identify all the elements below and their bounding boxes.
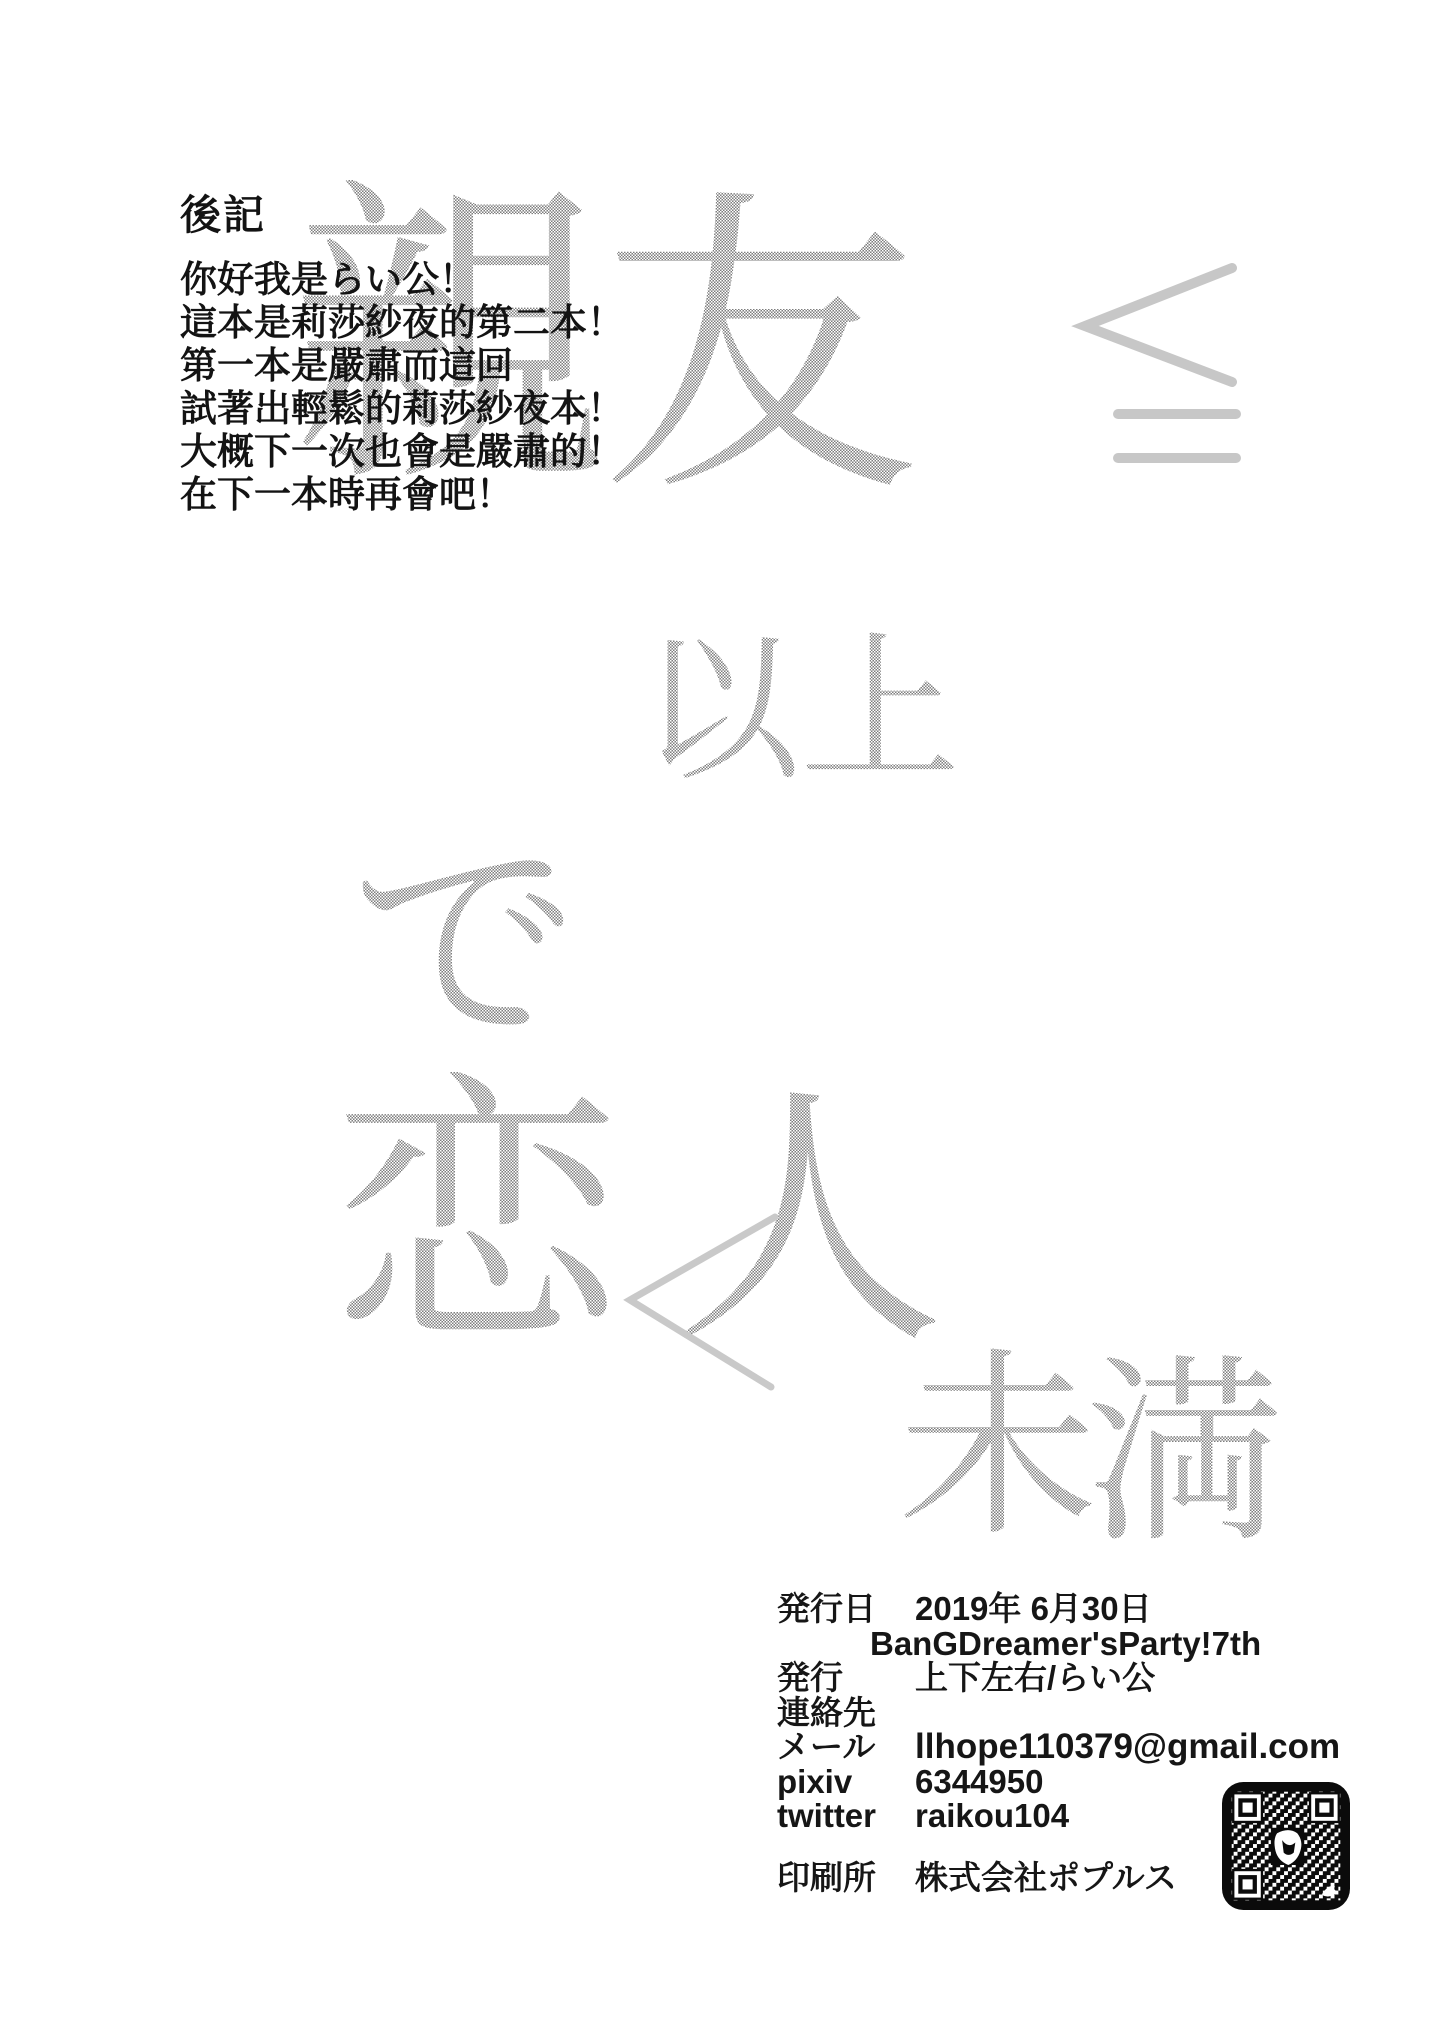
colophon-label: twitter [777, 1799, 915, 1834]
colophon-row-publish-date: 発行日 2019年 6月30日 [777, 1592, 1340, 1627]
afterword-line: 第一本是嚴肅而這回 [180, 344, 624, 387]
bg-char-hito: 人 [670, 1085, 945, 1360]
bg-char-man: 満 [1085, 1355, 1285, 1555]
afterword-line: 試著出輕鬆的莉莎紗夜本！ [180, 387, 624, 430]
colophon-email-value: llhope110379@gmail.com [915, 1730, 1340, 1765]
qr-finder-top-right [1309, 1792, 1340, 1823]
colophon-value: BanGDreamer'sParty!7th [870, 1627, 1261, 1662]
colophon-value: 2019年 6月30日 [915, 1592, 1152, 1627]
page-root: { "afterword": { "heading": "後記", "lines… [0, 0, 1440, 2037]
colophon-row-publisher: 発行 上下左右/らい公 [777, 1661, 1340, 1696]
colophon-value: 上下左右/らい公 [915, 1661, 1155, 1696]
leq-symbol [1085, 268, 1236, 458]
colophon-label: pixiv [777, 1765, 915, 1800]
qr-finder-bottom-left [1232, 1869, 1263, 1900]
bg-char-ijou: 以上 [640, 630, 960, 790]
colophon-label: 発行日 [777, 1592, 915, 1627]
afterword-line: 大概下一次也會是嚴肅的！ [180, 430, 624, 473]
afterword-heading: 後記 [180, 182, 266, 241]
afterword-text: 你好我是らい公！ 這本是莉莎紗夜的第二本！ 第一本是嚴肅而這回 試著出輕鬆的莉莎… [180, 258, 624, 516]
colophon-row-event: BanGDreamer'sParty!7th [777, 1627, 1340, 1662]
bg-char-koi: 恋 [332, 1072, 622, 1362]
colophon-label: 印刷所 [777, 1861, 915, 1896]
bg-char-yuu: 友 [600, 190, 920, 510]
colophon-label: 発行 [777, 1661, 915, 1696]
colophon-label: 連絡先 [777, 1696, 915, 1731]
bg-char-de: で [350, 830, 580, 1060]
afterword-line: 這本是莉莎紗夜的第二本！ [180, 301, 624, 344]
bg-char-mi: 未 [898, 1348, 1098, 1548]
qr-center-emblem [1271, 1828, 1304, 1865]
colophon-row-email: メール llhope110379@gmail.com [777, 1730, 1340, 1765]
colophon-value: 株式会社ポプルス [915, 1861, 1177, 1896]
qr-finder-top-left [1232, 1792, 1263, 1823]
colophon-pixiv-value: 6344950 [915, 1765, 1043, 1800]
afterword-line: 你好我是らい公！ [180, 258, 624, 301]
afterword-line: 在下一本時再會吧！ [180, 473, 624, 516]
colophon-twitter-value: raikou104 [915, 1799, 1069, 1834]
colophon-row-contact: 連絡先 [777, 1696, 1340, 1731]
qr-code-icon [1222, 1782, 1350, 1910]
colophon-label: メール [777, 1730, 915, 1765]
